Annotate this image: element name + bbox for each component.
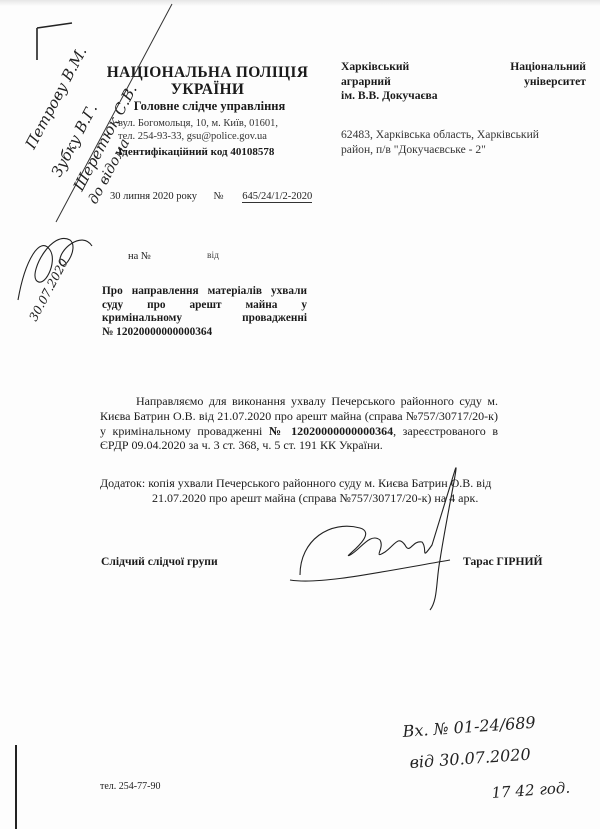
resolution-note: Петрову В.М. Зубку В.Г. Шеретюк С.В. до … [21,44,141,324]
incoming-number: Вх. № 01-24/689 [401,713,536,741]
resolution-date: 30.07.2020 [26,256,71,324]
handwritten-annotations: Петрову В.М. Зубку В.Г. Шеретюк С.В. до … [0,0,600,829]
incoming-date: від 30.07.2020 [409,745,531,772]
incoming-registration: Вх. № 01-24/689 від 30.07.2020 17 42 год… [401,713,571,802]
investigator-signature [290,468,456,610]
document-page: НАЦІОНАЛЬНА ПОЛІЦІЯ УКРАЇНИ Головне слід… [0,0,600,829]
incoming-time: 17 42 год. [491,779,571,802]
